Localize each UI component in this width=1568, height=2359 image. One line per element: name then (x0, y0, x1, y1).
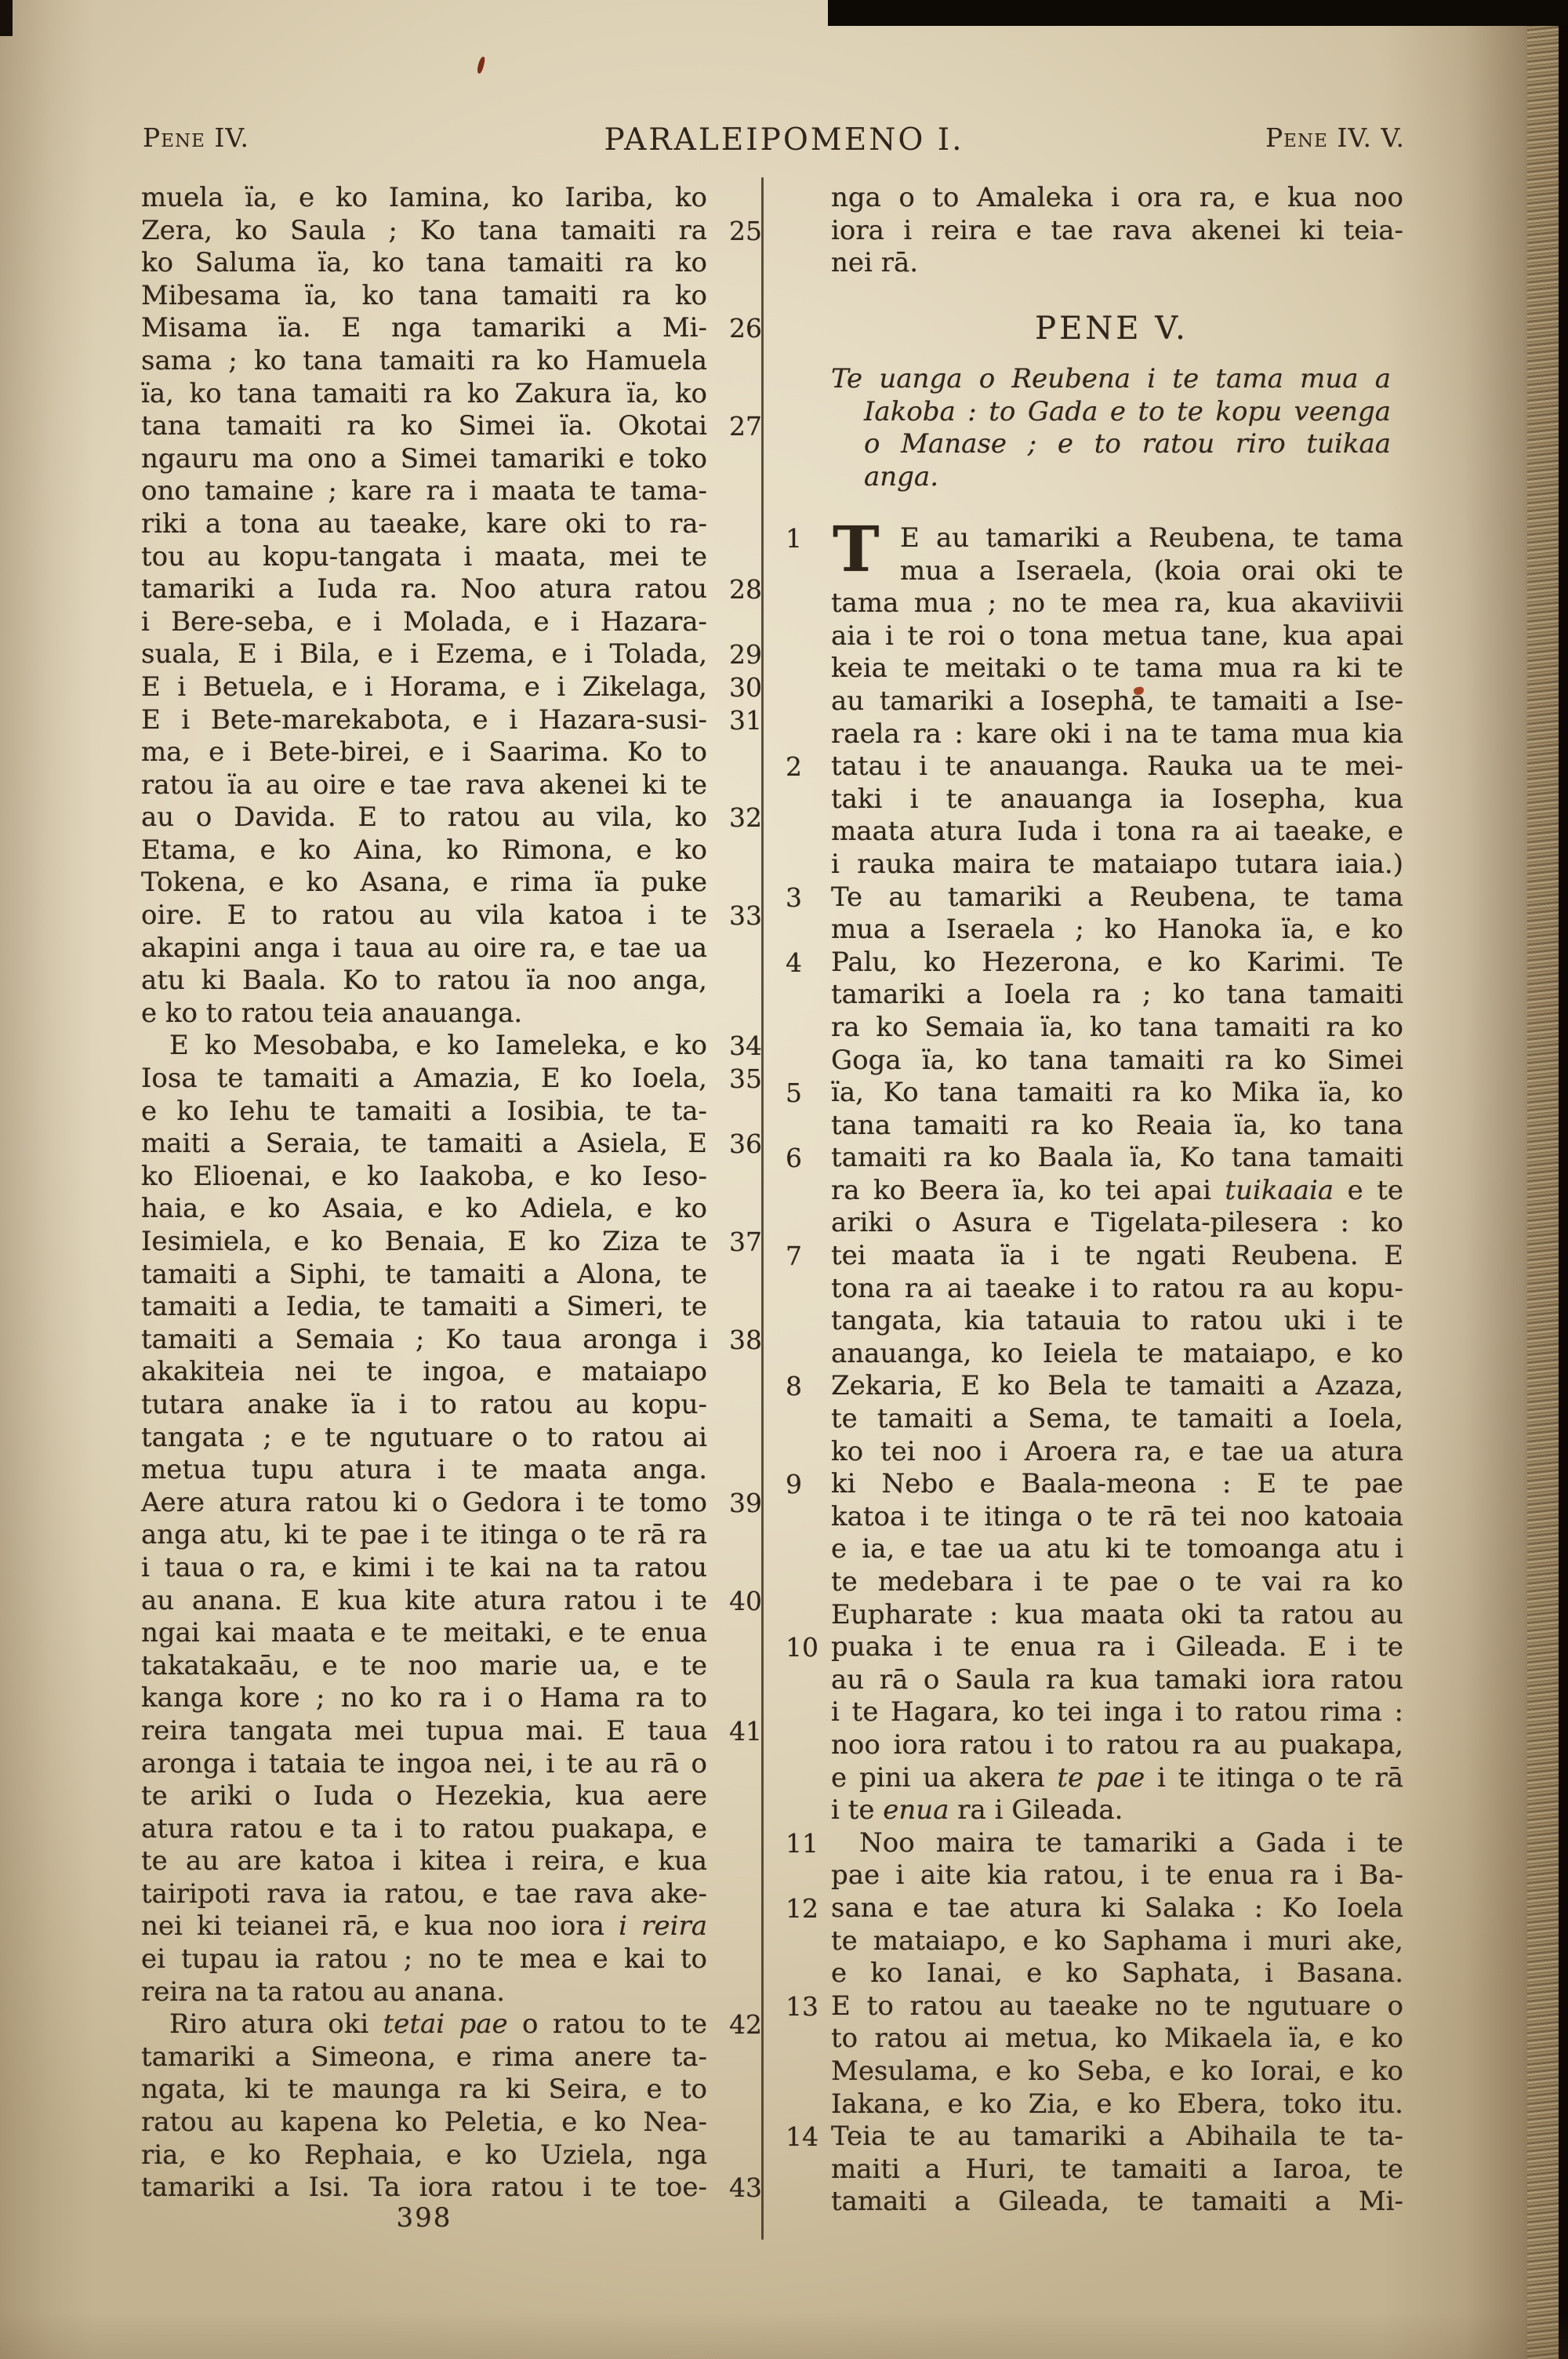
text-line: e ia, e tae ua atu ki te tomoanga atu i (831, 1533, 1403, 1566)
verse-number: 30 (713, 671, 762, 704)
text-line: nei rā. (831, 247, 1403, 280)
text-line-content: tamaiti ra ko Baala ïa, Ko tana tamaiti (831, 1142, 1403, 1175)
text-line: ono tamaine ; kare ra i maata te tama- (141, 475, 707, 508)
text-line-content: e ko to ratou teia anauanga. (141, 998, 707, 1030)
text-line: tamaiti a Gileada, te tamaiti a Mi- (831, 2186, 1403, 2219)
top-left-black-corner (0, 0, 13, 36)
text-line-content: Zekaria, E ko Bela te tamaiti a Azaza, (831, 1370, 1403, 1403)
text-line-content: tamariki a Isi. Ta iora ratou i te toe- (141, 2172, 707, 2205)
text-line: Eupharate : kua maata oki ta ratou au (831, 1599, 1403, 1632)
text-line: sama ; ko tana tamaiti ra ko Hamuela (141, 345, 707, 378)
text-line: anga atu, ki te pae i te itinga o te rā … (141, 1519, 707, 1552)
right-column-chapter4-end: nga o to Amaleka i ora ra, e kua nooiora… (831, 182, 1403, 280)
text-line-content: ariki o Asura e Tigelata-pilesera : ko (831, 1207, 1403, 1240)
text-line-content: te medebara i te pae o te vai ra ko (831, 1566, 1403, 1599)
text-line-content: e pini ua akera te pae i te itinga o te … (831, 1762, 1403, 1795)
running-head-right: Pene IV. V. (1129, 122, 1405, 158)
text-line-content: anga. (831, 460, 1391, 493)
text-line-content: taki i te anauanga ia Iosepha, kua (831, 783, 1403, 816)
text-line: ariki o Asura e Tigelata-pilesera : ko (831, 1207, 1403, 1240)
text-line: tou au kopu-tangata i maata, mei te (141, 541, 707, 574)
text-line: reira na ta ratou au anana. (141, 1976, 707, 2009)
text-line-content: E au tamariki a Reubena, te tama (831, 522, 1403, 555)
text-line: raela ra : kare oki i na te tama mua kia (831, 718, 1403, 751)
text-line-content: ria, e ko Rephaia, e ko Uziela, nga (141, 2139, 707, 2172)
text-line: Zera, ko Saula ; Ko tana tamaiti ra25 (141, 215, 707, 248)
red-ink-fleck (476, 56, 485, 74)
text-line: atura ratou e ta i to ratou puakapa, e (141, 1813, 707, 1846)
text-line-content: i taua o ra, e kimi i te kai na ta ratou (141, 1552, 707, 1585)
text-line-content: tamariki a Simeona, e rima anere ta- (141, 2041, 707, 2074)
verse-number: 37 (713, 1226, 762, 1259)
text-line-content: te au are katoa i kitea i reira, e kua (141, 1845, 707, 1878)
text-line: nei ki teianei rā, e kua noo iora i reir… (141, 1910, 707, 1943)
text-line: E i Bete-marekabota, e i Hazara-susi-31 (141, 704, 707, 737)
running-head-title: PARALEIPOMENO I. (541, 122, 1027, 158)
text-line: katoa i te itinga o te rā tei noo katoai… (831, 1501, 1403, 1534)
text-line: tutara anake ïa i to ratou au kopu- (141, 1389, 707, 1422)
text-line-content: tamaiti a Iedia, te tamaiti a Simeri, te (141, 1291, 707, 1324)
top-black-edge (828, 0, 1568, 26)
text-line-content: tei maata ïa i te ngati Reubena. E (831, 1240, 1403, 1273)
text-line: ria, e ko Rephaia, e ko Uziela, nga (141, 2139, 707, 2172)
text-line: atu ki Baala. Ko to ratou ïa noo anga, (141, 965, 707, 998)
text-line-content: ko Saluma ïa, ko tana tamaiti ra ko (141, 247, 707, 280)
verse-number: 10 (786, 1631, 826, 1664)
verse-number: 13 (786, 1990, 826, 2023)
verse-number: 7 (786, 1240, 826, 1273)
text-line: ra ko Beera ïa, ko tei apai tuikaaia e t… (831, 1175, 1403, 1208)
text-line-content: Noo maira te tamariki a Gada i te (831, 1827, 1403, 1860)
text-line: sana e tae atura ki Salaka : Ko Ioela12 (831, 1892, 1403, 1925)
text-line-content: reira na ta ratou au anana. (141, 1976, 707, 2009)
text-line: tana tamaiti ra ko Simei ïa. Okotai27 (141, 410, 707, 443)
text-line-content: atura ratou e ta i to ratou puakapa, e (141, 1813, 707, 1846)
text-line-content: e ia, e tae ua atu ki te tomoanga atu i (831, 1533, 1403, 1566)
verse-number: 42 (713, 2008, 762, 2041)
text-line: iora i reira e tae rava akenei ki teia- (831, 215, 1403, 248)
text-line: Iosa te tamaiti a Amazia, E ko Ioela,35 (141, 1063, 707, 1096)
text-line: maiti a Huri, te tamaiti a Iaroa, te (831, 2154, 1403, 2186)
text-line-content: anauanga, ko Ieiela te mataiapo, e ko (831, 1338, 1403, 1371)
text-line-content: e ko Ianai, e ko Saphata, i Basana. (831, 1957, 1403, 1990)
text-line: ratou au kapena ko Peletia, e ko Nea- (141, 2106, 707, 2139)
text-line: oire. E to ratou au vila katoa i te33 (141, 900, 707, 932)
text-line: ki Nebo e Baala-meona : E te pae9 (831, 1468, 1403, 1501)
verse-number: 3 (786, 881, 826, 914)
text-line-content: ono tamaine ; kare ra i maata te tama- (141, 475, 707, 508)
text-line: Iesimiela, e ko Benaia, E ko Ziza te37 (141, 1226, 707, 1259)
text-line-content: Iosa te tamaiti a Amazia, E ko Ioela, (141, 1063, 707, 1096)
text-line: to ratou ai metua, ko Mikaela ïa, e ko (831, 2023, 1403, 2055)
verse-number: 8 (786, 1370, 826, 1403)
text-line: kanga kore ; no ko ra i o Hama ra to (141, 1682, 707, 1715)
text-line-content: ma, e i Bete-birei, e i Saarima. Ko to (141, 736, 707, 769)
text-line-content: tou au kopu-tangata i maata, mei te (141, 541, 707, 574)
text-line-content: ïa, Ko tana tamaiti ra ko Mika ïa, ko (831, 1077, 1403, 1110)
text-line: tamariki a Iuda ra. Noo atura ratou28 (141, 573, 707, 606)
text-line: metua tupu atura i te maata anga. (141, 1454, 707, 1487)
verse-number: 38 (713, 1324, 762, 1357)
text-line-content: sama ; ko tana tamaiti ra ko Hamuela (141, 345, 707, 378)
text-line-content: au o Davida. E to ratou au vila, ko (141, 801, 707, 834)
text-line: o Manase ; e to ratou riro tuikaa (831, 427, 1391, 460)
text-line-content: E i Betuela, e i Horama, e i Zikelaga, (141, 671, 707, 704)
text-line: anga. (831, 460, 1391, 493)
text-line: riki a tona au taeake, kare oki to ra- (141, 508, 707, 541)
book-fore-edge-pages (1527, 24, 1562, 2359)
text-line: ei tupau ia ratou ; no te mea e kai to (141, 1943, 707, 1976)
text-line: ma, e i Bete-birei, e i Saarima. Ko to (141, 736, 707, 769)
text-line-content: Te au tamariki a Reubena, te tama (831, 881, 1403, 914)
text-line: tama mua ; no te mea ra, kua akaviivii (831, 587, 1403, 620)
text-line: ïa, Ko tana tamaiti ra ko Mika ïa, ko5 (831, 1077, 1403, 1110)
text-line-content: puaka i te enua ra i Gileada. E i te (831, 1631, 1403, 1664)
text-line: E ko Mesobaba, e ko Iameleka, e ko34 (141, 1030, 707, 1063)
running-head-left: Pene IV. (143, 122, 456, 158)
text-line: aronga i tataia te ingoa nei, i te au rā… (141, 1748, 707, 1781)
verse-number: 34 (713, 1030, 762, 1063)
text-line: Etama, e ko Aina, ko Rimona, e ko (141, 834, 707, 867)
text-line-content: atu ki Baala. Ko to ratou ïa noo anga, (141, 965, 707, 998)
text-line-content: anga atu, ki te pae i te itinga o te rā … (141, 1519, 707, 1552)
text-line-content: Mibesama ïa, ko tana tamaiti ra ko (141, 280, 707, 313)
text-line-content: akapini anga i taua au oire ra, e tae ua (141, 932, 707, 965)
text-line: takatakaāu, e te noo marie ua, e te (141, 1650, 707, 1683)
text-line: anauanga, ko Ieiela te mataiapo, e ko (831, 1338, 1403, 1371)
text-line-content: ratou au kapena ko Peletia, e ko Nea- (141, 2106, 707, 2139)
text-line: i te Hagara, ko tei inga i to ratou rima… (831, 1696, 1403, 1729)
text-line: tamariki a Simeona, e rima anere ta- (141, 2041, 707, 2074)
bottom-page-shadow (0, 2312, 1568, 2359)
text-line: e ko Ianai, e ko Saphata, i Basana. (831, 1957, 1403, 1990)
text-line: tairipoti rava ia ratou, e tae rava ake- (141, 1878, 707, 1911)
text-line: ïa, ko tana tamaiti ra ko Zakura ïa, ko (141, 378, 707, 411)
text-line-content: Etama, e ko Aina, ko Rimona, e ko (141, 834, 707, 867)
text-line-content: tamaiti a Siphi, te tamaiti a Alona, te (141, 1259, 707, 1292)
text-line-content: maata atura Iuda i tona ra ai taeake, e (831, 816, 1403, 849)
verse-number: 2 (786, 751, 826, 783)
text-line: tamaiti ra ko Baala ïa, Ko tana tamaiti6 (831, 1142, 1403, 1175)
text-line-content: tamaiti a Semaia ; Ko taua aronga i (141, 1324, 707, 1357)
text-line-content: te ariki o Iuda o Hezekia, kua aere (141, 1780, 707, 1813)
text-line-content: haia, e ko Asaia, e ko Adiela, e ko (141, 1193, 707, 1226)
column-divider-rule (761, 177, 764, 2240)
text-line-content: Iesimiela, e ko Benaia, E ko Ziza te (141, 1226, 707, 1259)
text-line: te mataiapo, e ko Saphama i muri ake, (831, 1925, 1403, 1958)
text-line: ko Elioenai, e ko Iaakoba, e ko Ieso- (141, 1161, 707, 1194)
text-line: Mesulama, e ko Seba, e ko Iorai, e ko (831, 2055, 1403, 2088)
text-line-content: e ko Iehu te tamaiti a Iosibia, te ta- (141, 1096, 707, 1129)
verse-number: 41 (713, 1715, 762, 1748)
text-line: Aere atura ratou ki o Gedora i te tomo39 (141, 1487, 707, 1520)
verse-number: 1 (786, 522, 826, 555)
text-line: e pini ua akera te pae i te itinga o te … (831, 1762, 1403, 1795)
text-line-content: Mesulama, e ko Seba, e ko Iorai, e ko (831, 2055, 1403, 2088)
text-line: pae i aite kia ratou, i te enua ra i Ba- (831, 1859, 1403, 1892)
text-line-content: pae i aite kia ratou, i te enua ra i Ba- (831, 1859, 1403, 1892)
text-line: te tamaiti a Sema, te tamaiti a Ioela, (831, 1403, 1403, 1436)
text-line-content: tama mua ; no te mea ra, kua akaviivii (831, 587, 1403, 620)
text-line-content: ko Elioenai, e ko Iaakoba, e ko Ieso- (141, 1161, 707, 1194)
text-line-content: akakiteia nei te ingoa, e mataiapo (141, 1356, 707, 1389)
text-line: Te uanga o Reubena i te tama mua a (831, 362, 1391, 395)
text-line: E au tamariki a Reubena, te tama1 (831, 522, 1403, 555)
text-line: au anana. E kua kite atura ratou i te40 (141, 1585, 707, 1618)
text-line-content: Palu, ko Hezerona, e ko Karimi. Te (831, 947, 1403, 980)
verse-number: 33 (713, 900, 762, 932)
text-line: keia te meitaki o te tama mua ra ki te (831, 652, 1403, 685)
verse-number: 32 (713, 801, 762, 834)
text-line-content: tamaiti a Gileada, te tamaiti a Mi- (831, 2186, 1403, 2219)
text-line-content: Eupharate : kua maata oki ta ratou au (831, 1599, 1403, 1632)
text-line-content: kanga kore ; no ko ra i o Hama ra to (141, 1682, 707, 1715)
text-line-content: tangata, kia tatauia to ratou uki i te (831, 1305, 1403, 1338)
text-line: E to ratou au taeake no te ngutuare o13 (831, 1990, 1403, 2023)
text-line: tangata, kia tatauia to ratou uki i te (831, 1305, 1403, 1338)
text-line: mua a Iseraela ; ko Hanoka ïa, e ko (831, 914, 1403, 947)
left-page-shadow (0, 0, 94, 2359)
text-line: au rā o Saula ra kua tamaki iora ratou (831, 1664, 1403, 1697)
verse-number: 36 (713, 1128, 762, 1161)
text-line-content: i Bere-seba, e i Molada, e i Hazara- (141, 606, 707, 639)
text-line-content: au anana. E kua kite atura ratou i te (141, 1585, 707, 1618)
verse-number: 11 (786, 1827, 826, 1860)
text-line: noo iora ratou i to ratou ra au puakapa, (831, 1729, 1403, 1762)
text-line-content: E i Bete-marekabota, e i Hazara-susi- (141, 704, 707, 737)
verse-number: 35 (713, 1063, 762, 1096)
text-line-content: raela ra : kare oki i na te tama mua kia (831, 718, 1403, 751)
text-line-content: mua a Iseraela ; ko Hanoka ïa, e ko (831, 914, 1403, 947)
text-line: e ko to ratou teia anauanga. (141, 998, 707, 1030)
text-line: i taua o ra, e kimi i te kai na ta ratou (141, 1552, 707, 1585)
text-line: te medebara i te pae o te vai ra ko (831, 1566, 1403, 1599)
chapter-summary-italic: Te uanga o Reubena i te tama mua aIakoba… (831, 362, 1391, 493)
verse-number: 14 (786, 2121, 826, 2154)
verse-number: 43 (713, 2172, 762, 2205)
text-line: tamaiti a Semaia ; Ko taua aronga i38 (141, 1324, 707, 1357)
verse-number: 29 (713, 638, 762, 671)
text-line-content: Te uanga o Reubena i te tama mua a (831, 362, 1391, 395)
text-line-content: tangata ; e te ngutuare o to ratou ai (141, 1422, 707, 1455)
text-line: akakiteia nei te ingoa, e mataiapo (141, 1356, 707, 1389)
text-line-content: to ratou ai metua, ko Mikaela ïa, e ko (831, 2023, 1403, 2055)
text-line-content: Goga ïa, ko tana tamaiti ra ko Simei (831, 1045, 1403, 1078)
text-line-content: au rā o Saula ra kua tamaki iora ratou (831, 1664, 1403, 1697)
text-line-content: tana tamaiti ra ko Reaia ïa, ko tana (831, 1110, 1403, 1143)
text-line-content: mua a Iseraela, (koia orai oki te (831, 555, 1403, 588)
verse-number: 6 (786, 1142, 826, 1175)
text-line-content: tairipoti rava ia ratou, e tae rava ake- (141, 1878, 707, 1911)
text-line-content: Zera, ko Saula ; Ko tana tamaiti ra (141, 215, 707, 248)
verse-number: 12 (786, 1892, 826, 1925)
text-line: ko tei noo i Aroera ra, e tae ua atura (831, 1436, 1403, 1469)
text-line: tamariki a Ioela ra ; ko tana tamaiti (831, 979, 1403, 1012)
text-line: aia i te roi o tona metua tane, kua apai (831, 620, 1403, 653)
text-line-content: nei ki teianei rā, e kua noo iora i reir… (141, 1910, 707, 1943)
text-line: maiti a Seraia, te tamaiti a Asiela, E36 (141, 1128, 707, 1161)
text-line: Palu, ko Hezerona, e ko Karimi. Te4 (831, 947, 1403, 980)
text-line: i Bere-seba, e i Molada, e i Hazara- (141, 606, 707, 639)
text-line-content: maiti a Seraia, te tamaiti a Asiela, E (141, 1128, 707, 1161)
text-line: ko Saluma ïa, ko tana tamaiti ra ko (141, 247, 707, 280)
text-line-content: ra ko Beera ïa, ko tei apai tuikaaia e t… (831, 1175, 1403, 1208)
text-line: tatau i te anauanga. Rauka ua te mei-2 (831, 751, 1403, 783)
text-line-content: ngai kai maata e te meitaki, e te enua (141, 1617, 707, 1650)
text-line-content: Tokena, e ko Asana, e rima ïa puke (141, 867, 707, 900)
text-line: akapini anga i taua au oire ra, e tae ua (141, 932, 707, 965)
text-line: suala, E i Bila, e i Ezema, e i Tolada,2… (141, 638, 707, 671)
text-line-content: keia te meitaki o te tama mua ra ki te (831, 652, 1403, 685)
text-line-content: oire. E to ratou au vila katoa i te (141, 900, 707, 932)
text-line: tangata ; e te ngutuare o to ratou ai (141, 1422, 707, 1455)
text-line: Teia te au tamariki a Abihaila te ta-14 (831, 2121, 1403, 2154)
text-line-content: maiti a Huri, te tamaiti a Iaroa, te (831, 2154, 1403, 2186)
text-line: muela ïa, e ko Iamina, ko Iariba, ko (141, 182, 707, 215)
text-line-content: tona ra ai taeake i to ratou ra au kopu- (831, 1273, 1403, 1306)
text-line-content: te mataiapo, e ko Saphama i muri ake, (831, 1925, 1403, 1958)
text-line: reira tangata mei tupua mai. E taua41 (141, 1715, 707, 1748)
text-line: E i Betuela, e i Horama, e i Zikelaga,30 (141, 671, 707, 704)
text-line: Zekaria, E ko Bela te tamaiti a Azaza,8 (831, 1370, 1403, 1403)
text-line-content: sana e tae atura ki Salaka : Ko Ioela (831, 1892, 1403, 1925)
text-line-content: ratou ïa au oire e tae rava akenei ki te (141, 769, 707, 802)
text-line: maata atura Iuda i tona ra ai taeake, e (831, 816, 1403, 849)
text-line-content: ra ko Semaia ïa, ko tana tamaiti ra ko (831, 1012, 1403, 1045)
text-line-content: tamariki a Ioela ra ; ko tana tamaiti (831, 979, 1403, 1012)
text-line: haia, e ko Asaia, e ko Adiela, e ko (141, 1193, 707, 1226)
text-line-content: ko tei noo i Aroera ra, e tae ua atura (831, 1436, 1403, 1469)
text-line: tana tamaiti ra ko Reaia ïa, ko tana (831, 1110, 1403, 1143)
text-line: te ariki o Iuda o Hezekia, kua aere (141, 1780, 707, 1813)
text-line: Misama ïa. E nga tamariki a Mi-26 (141, 312, 707, 345)
text-line-content: ïa, ko tana tamaiti ra ko Zakura ïa, ko (141, 378, 707, 411)
text-line: Riro atura oki tetai pae o ratou to te42 (141, 2008, 707, 2041)
text-line-content: aia i te roi o tona metua tane, kua apai (831, 620, 1403, 653)
text-line-content: i rauka maira te mataiapo tutara iaia.) (831, 849, 1403, 881)
text-line-content: reira tangata mei tupua mai. E taua (141, 1715, 707, 1748)
left-text-column: muela ïa, e ko Iamina, ko Iariba, koZera… (141, 182, 707, 2205)
text-line: au tamariki a Iosepha, te tamaiti a Ise- (831, 685, 1403, 718)
text-line-content: muela ïa, e ko Iamina, ko Iariba, ko (141, 182, 707, 215)
text-line: Mibesama ïa, ko tana tamaiti ra ko (141, 280, 707, 313)
text-line-content: noo iora ratou i to ratou ra au puakapa, (831, 1729, 1403, 1762)
text-line-content: te tamaiti a Sema, te tamaiti a Ioela, (831, 1403, 1403, 1436)
text-line-content: Iakoba : to Gada e to te kopu veenga (831, 395, 1391, 428)
text-line-content: tamariki a Iuda ra. Noo atura ratou (141, 573, 707, 606)
text-line: i rauka maira te mataiapo tutara iaia.) (831, 849, 1403, 881)
text-line: tamaiti a Siphi, te tamaiti a Alona, te (141, 1259, 707, 1292)
text-line-content: ngata, ki te maunga ra ki Seira, e to (141, 2074, 707, 2106)
text-line-content: nga o to Amaleka i ora ra, e kua noo (831, 182, 1403, 215)
text-line-content: tana tamaiti ra ko Simei ïa. Okotai (141, 410, 707, 443)
text-line-content: ki Nebo e Baala-meona : E te pae (831, 1468, 1403, 1501)
text-line: Iakoba : to Gada e to te kopu veenga (831, 395, 1391, 428)
text-line: taki i te anauanga ia Iosepha, kua (831, 783, 1403, 816)
text-line-content: E ko Mesobaba, e ko Iameleka, e ko (141, 1030, 707, 1063)
verse-number: 25 (713, 215, 762, 248)
verse-number: 31 (713, 704, 762, 737)
text-line: e ko Iehu te tamaiti a Iosibia, te ta- (141, 1096, 707, 1129)
text-line: puaka i te enua ra i Gileada. E i te10 (831, 1631, 1403, 1664)
text-line: Iakana, e ko Zia, e ko Ebera, toko itu. (831, 2088, 1403, 2121)
text-line: tamaiti a Iedia, te tamaiti a Simeri, te (141, 1291, 707, 1324)
text-line: Tokena, e ko Asana, e rima ïa puke (141, 867, 707, 900)
text-line-content: i te enua ra i Gileada. (831, 1794, 1403, 1827)
text-line: ngauru ma ono a Simei tamariki e toko (141, 443, 707, 476)
chapter-heading: PENE V. (831, 311, 1392, 347)
text-line-content: E to ratou au taeake no te ngutuare o (831, 1990, 1403, 2023)
text-line-content: nei rā. (831, 247, 1403, 280)
verse-number: 28 (713, 573, 762, 606)
text-line-content: iora i reira e tae rava akenei ki teia- (831, 215, 1403, 248)
text-line: tamariki a Isi. Ta iora ratou i te toe-4… (141, 2172, 707, 2205)
text-line-content: au tamariki a Iosepha, te tamaiti a Ise- (831, 685, 1403, 718)
text-line: i te enua ra i Gileada. (831, 1794, 1403, 1827)
text-line-content: ei tupau ia ratou ; no te mea e kai to (141, 1943, 707, 1976)
text-line-content: Misama ïa. E nga tamariki a Mi- (141, 312, 707, 345)
text-line-content: Teia te au tamariki a Abihaila te ta- (831, 2121, 1403, 2154)
text-line-content: Iakana, e ko Zia, e ko Ebera, toko itu. (831, 2088, 1403, 2121)
text-line-content: takatakaāu, e te noo marie ua, e te (141, 1650, 707, 1683)
scanned-book-page: Pene IV. PARALEIPOMENO I. Pene IV. V. mu… (0, 0, 1568, 2359)
text-line: Noo maira te tamariki a Gada i te11 (831, 1827, 1403, 1860)
text-line-content: tutara anake ïa i to ratou au kopu- (141, 1389, 707, 1422)
text-line-content: metua tupu atura i te maata anga. (141, 1454, 707, 1487)
text-line-content: suala, E i Bila, e i Ezema, e i Tolada, (141, 638, 707, 671)
text-line-content: Riro atura oki tetai pae o ratou to te (141, 2008, 707, 2041)
verse-number: 39 (713, 1487, 762, 1520)
page-number: 398 (141, 2202, 707, 2234)
text-line-content: i te Hagara, ko tei inga i to ratou rima… (831, 1696, 1403, 1729)
verse-number: 40 (713, 1585, 762, 1618)
verse-number: 9 (786, 1468, 826, 1501)
text-line: tona ra ai taeake i to ratou ra au kopu- (831, 1273, 1403, 1306)
text-line: nga o to Amaleka i ora ra, e kua noo (831, 182, 1403, 215)
text-line: te au are katoa i kitea i reira, e kua (141, 1845, 707, 1878)
text-line: ratou ïa au oire e tae rava akenei ki te (141, 769, 707, 802)
text-line: tei maata ïa i te ngati Reubena. E7 (831, 1240, 1403, 1273)
text-line: Te au tamariki a Reubena, te tama3 (831, 881, 1403, 914)
text-line-content: riki a tona au taeake, kare oki to ra- (141, 508, 707, 541)
right-text-column: E au tamariki a Reubena, te tama1mua a I… (831, 522, 1403, 2219)
text-line: Goga ïa, ko tana tamaiti ra ko Simei (831, 1045, 1403, 1078)
text-line-content: ngauru ma ono a Simei tamariki e toko (141, 443, 707, 476)
text-line: au o Davida. E to ratou au vila, ko32 (141, 801, 707, 834)
verse-number: 5 (786, 1077, 826, 1110)
text-line-content: aronga i tataia te ingoa nei, i te au rā… (141, 1748, 707, 1781)
right-black-edge (1559, 0, 1568, 2359)
verse-number: 4 (786, 947, 826, 980)
text-line-content: Aere atura ratou ki o Gedora i te tomo (141, 1487, 707, 1520)
text-line-content: o Manase ; e to ratou riro tuikaa (831, 427, 1391, 460)
verse-number: 26 (713, 312, 762, 345)
text-line: mua a Iseraela, (koia orai oki te (831, 555, 1403, 588)
verse-number: 27 (713, 410, 762, 443)
text-line: ra ko Semaia ïa, ko tana tamaiti ra ko (831, 1012, 1403, 1045)
text-line: ngata, ki te maunga ra ki Seira, e to (141, 2074, 707, 2106)
text-line-content: tatau i te anauanga. Rauka ua te mei- (831, 751, 1403, 783)
text-line: ngai kai maata e te meitaki, e te enua (141, 1617, 707, 1650)
text-line-content: katoa i te itinga o te rā tei noo katoai… (831, 1501, 1403, 1534)
